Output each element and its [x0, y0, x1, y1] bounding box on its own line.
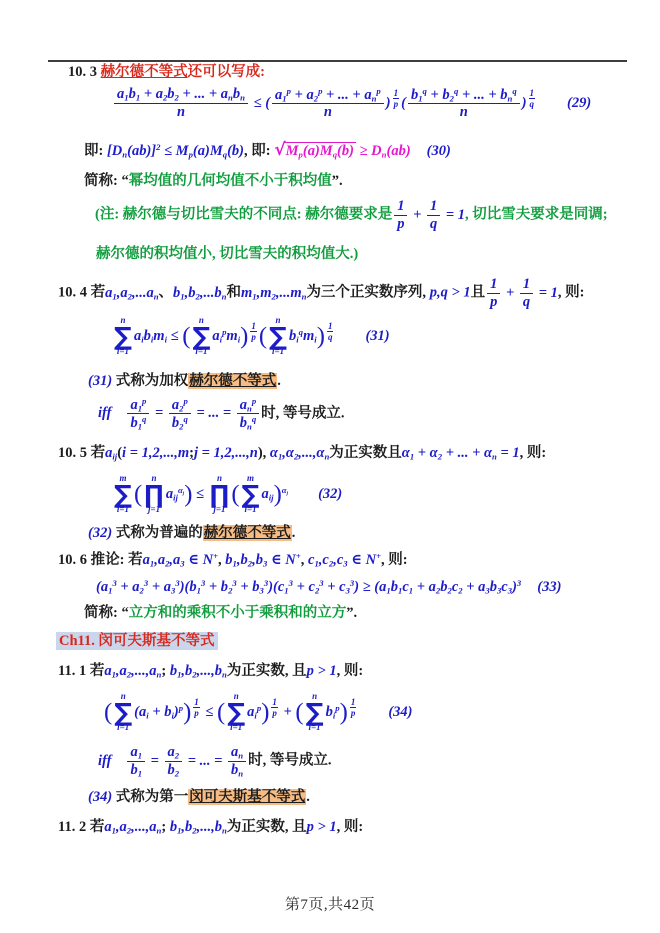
- formula-29: a1b1 + a2b2 + ... + anbnn ≤ (a1p + a2p +…: [112, 86, 591, 121]
- top-rule: [48, 60, 627, 62]
- note-line-2: 赫尔德的积均值小, 切比雪夫的积均值大.): [96, 245, 358, 264]
- formula-34: (n∑i=1(ai + bi)p)1p ≤ (n∑i=1aip)1p + (n∑…: [104, 692, 413, 733]
- section-heading-10-3: 10. 3 赫尔德不等式还可以写成:: [68, 63, 265, 82]
- section-10-6: 10. 6 推论: 若a1,a2,a3 ∈ N+, b1,b2,b3 ∈ N+,…: [58, 551, 408, 570]
- section-10-4: 10. 4 若a1,a2,...an、b1,b2,...bn和m1,m2,...…: [58, 276, 584, 310]
- abbreviation-line-1: 简称: “幂均值的几何均值不小于积均值”.: [84, 172, 343, 191]
- formula-32: m∑i=1(n∏j=1aijαj) ≤ n∏j=1(m∑i=1aij)αj(32…: [112, 474, 342, 515]
- iff-line-2: iffa1b1 = a2b2 = ... = anbn时, 等号成立.: [98, 744, 332, 778]
- section-11-2: 11. 2 若a1,a2,...,an; b1,b2,...,bn为正实数, 且…: [58, 818, 363, 837]
- page-footer: 第7页,共42页: [0, 893, 660, 914]
- iff-line-1: iffa1pb1q = a2pb2q = ... = anpbnq时, 等号成立…: [98, 396, 345, 432]
- formula-34-name: (34) 式称为第一闵可夫斯基不等式.: [88, 788, 310, 807]
- formula-30-line: 即: [Dn(ab)]2 ≤ Mp(a)Mq(b), 即: √Mp(a)Mq(b…: [84, 139, 451, 161]
- formula-31-name: (31) 式称为加权赫尔德不等式.: [88, 372, 281, 391]
- abbreviation-line-2: 简称: “立方和的乘积不小于乘积和的立方”.: [84, 604, 357, 623]
- formula-31: n∑i=1aibimi ≤ (n∑i=1aipmi)1p(n∑i=1biqmi)…: [112, 316, 390, 357]
- note-line-1: (注: 赫尔德与切比雪夫的不同点: 赫尔德要求是1p + 1q = 1, 切比雪…: [95, 198, 608, 232]
- formula-32-name: (32) 式称为普遍的赫尔德不等式.: [88, 524, 295, 543]
- section-10-5: 10. 5 若aij(i = 1,2,...,m;j = 1,2,...,n),…: [58, 444, 546, 463]
- chapter-11-heading: Ch11. 闵可夫斯基不等式: [56, 632, 218, 651]
- formula-33: (a13 + a23 + a33)(b13 + b23 + b33)(c13 +…: [96, 578, 561, 597]
- section-11-1: 11. 1 若a1,a2,...,an; b1,b2,...,bn为正实数, 且…: [58, 662, 363, 681]
